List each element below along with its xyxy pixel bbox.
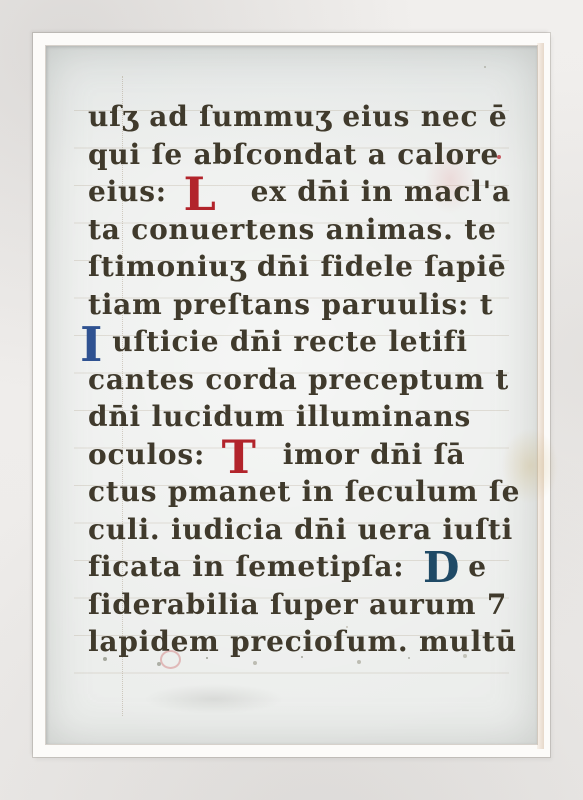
manuscript-line-6: tiam preſtans paruulis: t <box>88 286 520 324</box>
manuscript-line-1: uſʒ ad ſummuʒ eius nec ē <box>88 98 520 136</box>
manuscript-line-13: ficata in ſemetipſa: De <box>88 548 520 586</box>
manuscript-line-10: oculos: Timor dn̄i ſā <box>88 436 520 474</box>
manuscript-line-5: ſtimoniuʒ dn̄i fidele ſapiē <box>88 248 520 286</box>
manuscript-line-3: eius: Lex dn̄i in macl'a <box>88 173 520 211</box>
grey-smudge <box>144 684 284 714</box>
manuscript-line-14: ſiderabilia ſuper aurum 7 <box>88 586 520 624</box>
text-run: eius: <box>88 175 177 208</box>
manuscript-line-11: ctus pmanet in ſeculum ſe <box>88 473 520 511</box>
text-run: cantes corda preceptum t <box>88 363 509 396</box>
text-run: ſiderabilia ſuper aurum 7 <box>88 588 507 621</box>
text-run: dn̄i lucidum illuminans <box>88 400 471 433</box>
manuscript-line-9: dn̄i lucidum illuminans <box>88 398 520 436</box>
foxing-specks <box>46 46 48 48</box>
manuscript-line-4: ta conuertens animas. te <box>88 211 520 249</box>
text-run: lapidem precioſum. multū <box>88 625 517 658</box>
manuscript-line-8: cantes corda preceptum t <box>88 361 520 399</box>
text-run: uſticie dn̄i recte letifi <box>112 325 468 358</box>
text-run: ex dn̄i in macl'a <box>251 175 511 208</box>
text-run: culi. iudicia dn̄i uera iuſti <box>88 513 513 546</box>
text-block: uſʒ ad ſummuʒ eius nec ēqui ſe abſcondat… <box>88 98 520 661</box>
text-run: ficata in ſemetipſa: <box>88 550 415 583</box>
text-run: imor dn̄i ſā <box>283 438 466 471</box>
text-run: uſʒ ad ſummuʒ eius nec ē <box>88 100 508 133</box>
text-run: ta conuertens animas. te <box>88 213 497 246</box>
frame-mat-window: uſʒ ad ſummuʒ eius nec ēqui ſe abſcondat… <box>33 33 550 757</box>
text-run: oculos: <box>88 438 216 471</box>
mat-bevel-edge <box>537 43 544 749</box>
manuscript-line-15: lapidem precioſum. multū <box>88 623 520 661</box>
text-run: ſtimoniuʒ dn̄i fidele ſapiē <box>88 250 507 283</box>
text-run: e <box>468 550 487 583</box>
manuscript-line-7: Iuſticie dn̄i recte letifi <box>88 323 520 361</box>
manuscript-leaf: uſʒ ad ſummuʒ eius nec ēqui ſe abſcondat… <box>46 46 537 744</box>
photo-of-framed-manuscript: { "manuscript": { "lines": [ {"segments"… <box>0 0 583 800</box>
text-run: ctus pmanet in ſeculum ſe <box>88 475 520 508</box>
text-run: qui ſe abſcondat a calore <box>88 138 499 171</box>
text-run: tiam preſtans paruulis: t <box>88 288 493 321</box>
manuscript-line-2: qui ſe abſcondat a calore <box>88 136 520 174</box>
